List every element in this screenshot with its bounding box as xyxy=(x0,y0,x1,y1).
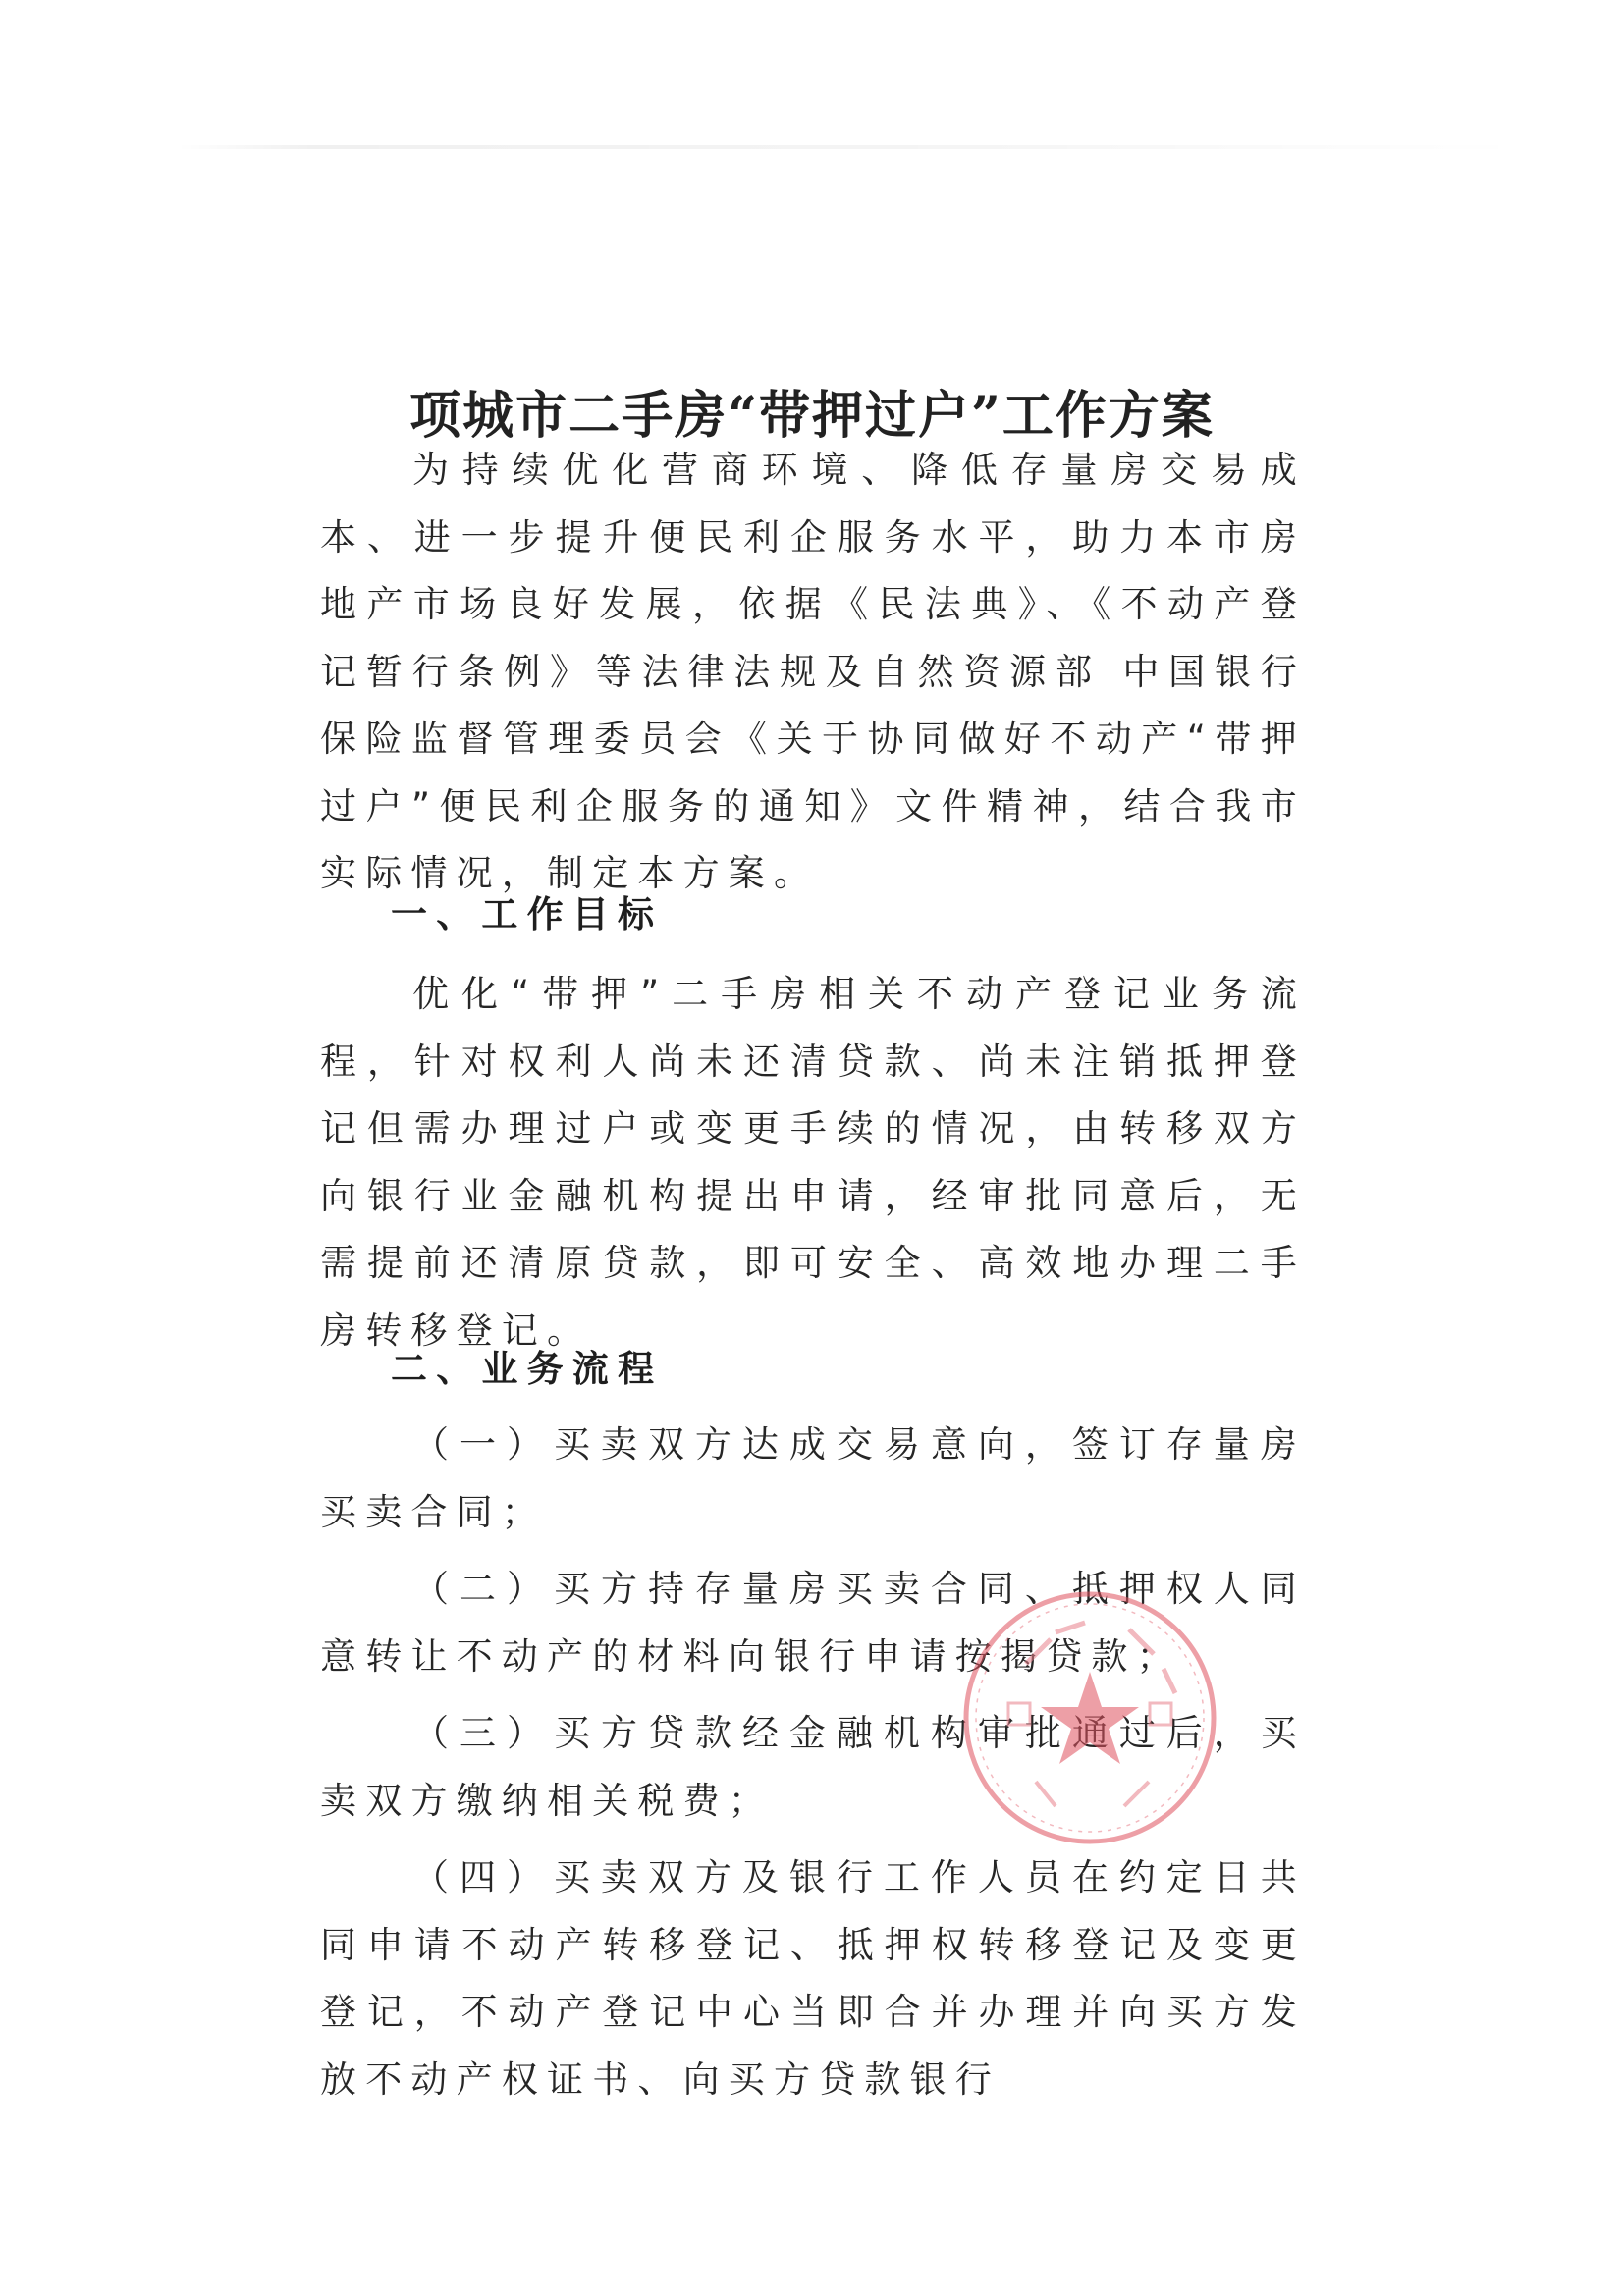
section-business-process: 二、业务流程 xyxy=(320,1336,1306,1404)
process-step-1: （一）买卖双方达成交易意向，签订存量房买卖合同； xyxy=(320,1412,1306,1546)
process-step-3: （三）买方贷款经金融机构审批通过后，买卖双方缴纳相关税费； xyxy=(320,1700,1306,1835)
process-step-2: （二）买方持存量房买卖合同、抵押权人同意转让不动产的材料向银行申请按揭贷款； xyxy=(320,1556,1306,1690)
section-heading: 二、业务流程 xyxy=(320,1336,1306,1404)
section-business-process-body: （一）买卖双方达成交易意向，签订存量房买卖合同； （二）买方持存量房买卖合同、抵… xyxy=(320,1412,1306,2113)
section-paragraph: 优化“带押”二手房相关不动产登记业务流程，针对权利人尚未还清贷款、尚未注销抵押登… xyxy=(320,961,1306,1364)
section-work-goals-body: 优化“带押”二手房相关不动产登记业务流程，针对权利人尚未还清贷款、尚未注销抵押登… xyxy=(320,961,1306,1364)
section-heading: 一、工作目标 xyxy=(320,881,1306,949)
section-work-goals: 一、工作目标 xyxy=(320,881,1306,949)
document-body: 为持续优化营商环境、降低存量房交易成本、进一步提升便民利企服务水平，助力本市房地… xyxy=(320,437,1306,908)
intro-paragraph: 为持续优化营商环境、降低存量房交易成本、进一步提升便民利企服务水平，助力本市房地… xyxy=(320,437,1306,908)
document-page: 项城市二手房“带押过户”工作方案 为持续优化营商环境、降低存量房交易成本、进一步… xyxy=(0,0,1624,2296)
scan-edge-shadow xyxy=(177,145,1526,149)
process-step-4: （四）买卖双方及银行工作人员在约定日共同申请不动产转移登记、抵押权转移登记及变更… xyxy=(320,1844,1306,2113)
